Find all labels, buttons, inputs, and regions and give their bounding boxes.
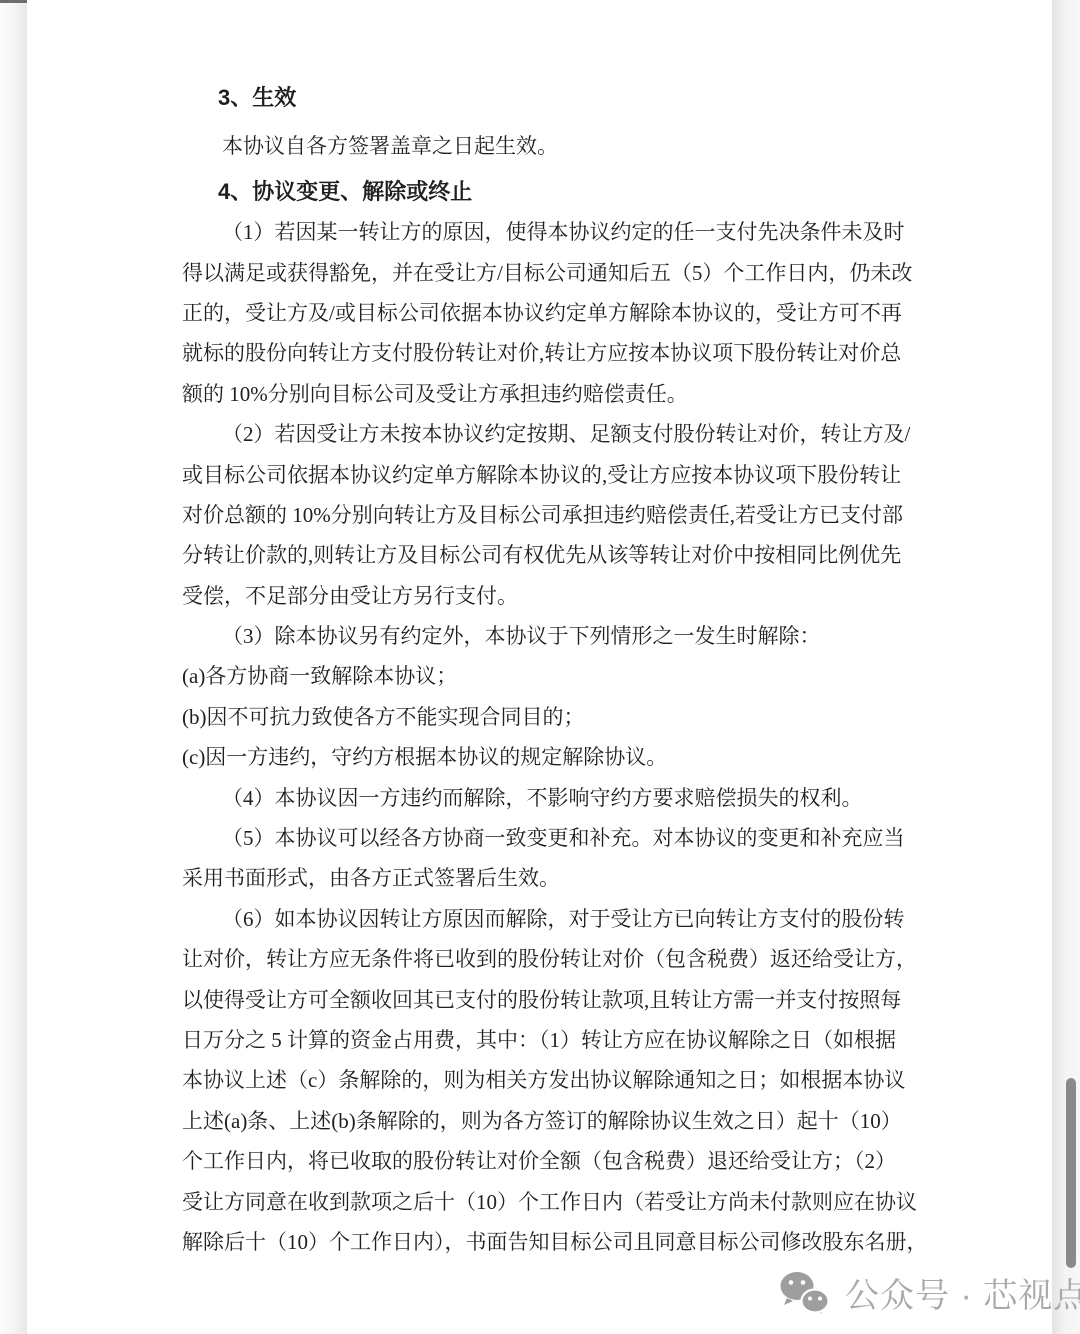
watermark: 公众号 · 芯视点: [779, 1266, 1080, 1318]
watermark-label: 公众号 · 芯视点: [845, 1268, 1080, 1317]
document-viewer: 3、生效本协议自各方签署盖章之日起生效。4、协议变更、解除或终止（1）若因某一转…: [0, 0, 1080, 1334]
text-line: 采用书面形式，由各方正式签署后生效。: [182, 858, 922, 898]
scrollbar-thumb[interactable]: [1066, 1078, 1076, 1268]
text-line: (c)因一方违约，守约方根据本协议的规定解除协议。: [182, 737, 922, 777]
text-line: 额的 10%分别向目标公司及受让方承担违约赔偿责任。: [182, 374, 922, 414]
text-line: 或目标公司依据本协议约定单方解除本协议的,受让方应按本协议项下股份转让: [182, 455, 922, 495]
section-heading: 3、生效: [182, 78, 922, 118]
text-line: 分转让价款的,则转让方及目标公司有权优先从该等转让对价中按相同比例优先: [182, 535, 922, 575]
text-line: (b)因不可抗力致使各方不能实现合同目的；: [182, 697, 922, 737]
text-line: 解除后十（10）个工作日内），书面告知目标公司且同意目标公司修改股东名册，: [182, 1222, 922, 1262]
text-line: 上述(a)条、上述(b)条解除的，则为各方签订的解除协议生效之日）起十（10）: [182, 1101, 922, 1141]
text-line: 受让方同意在收到款项之后十（10）个工作日内（若受让方尚未付款则应在协议: [182, 1182, 922, 1222]
text-line: 个工作日内，将已收取的股份转让对价全额（包含税费）退还给受让方；（2）: [182, 1141, 922, 1181]
text-line: 以使得受让方可全额收回其已支付的股份转让款项,且转让方需一并支付按照每: [182, 980, 922, 1020]
text-line: 受偿，不足部分由受让方另行支付。: [182, 576, 922, 616]
text-line: 得以满足或获得豁免，并在受让方/目标公司通知后五（5）个工作日内，仍未改: [182, 253, 922, 293]
text-line: 让对价，转让方应无条件将已收到的股份转让对价（包含税费）返还给受让方，: [182, 939, 922, 979]
text-line: （3）除本协议另有约定外，本协议于下列情形之一发生时解除：: [182, 616, 922, 656]
text-line: （5）本协议可以经各方协商一致变更和补充。对本协议的变更和补充应当: [182, 818, 922, 858]
text-line: 对价总额的 10%分别向转让方及目标公司承担违约赔偿责任,若受让方已支付部: [182, 495, 922, 535]
text-line: （4）本协议因一方违约而解除，不影响守约方要求赔偿损失的权利。: [182, 778, 922, 818]
text-line: 日万分之 5 计算的资金占用费，其中：（1）转让方应在协议解除之日（如根据: [182, 1020, 922, 1060]
screen-edge-artifact: [0, 0, 27, 3]
text-line: (a)各方协商一致解除本协议；: [182, 656, 922, 696]
text-line: （6）如本协议因转让方原因而解除，对于受让方已向转让方支付的股份转: [182, 899, 922, 939]
text-line: （1）若因某一转让方的原因，使得本协议约定的任一支付先决条件未及时: [182, 212, 922, 252]
text-line: （2）若因受让方未按本协议约定按期、足额支付股份转让对价，转让方及/: [182, 414, 922, 454]
document-page: 3、生效本协议自各方签署盖章之日起生效。4、协议变更、解除或终止（1）若因某一转…: [27, 0, 1052, 1334]
section-heading: 4、协议变更、解除或终止: [182, 172, 922, 212]
document-text: 3、生效本协议自各方签署盖章之日起生效。4、协议变更、解除或终止（1）若因某一转…: [182, 78, 922, 1262]
wechat-icon: [779, 1266, 831, 1318]
text-line: 正的，受让方及/或目标公司依据本协议约定单方解除本协议的，受让方可不再: [182, 293, 922, 333]
text-line: 本协议上述（c）条解除的，则为相关方发出协议解除通知之日；如根据本协议: [182, 1060, 922, 1100]
text-line: 就标的股份向转让方支付股份转让对价,转让方应按本协议项下股份转让对价总: [182, 333, 922, 373]
viewer-left-gutter: [0, 0, 27, 1334]
text-line: 本协议自各方签署盖章之日起生效。: [182, 126, 922, 166]
